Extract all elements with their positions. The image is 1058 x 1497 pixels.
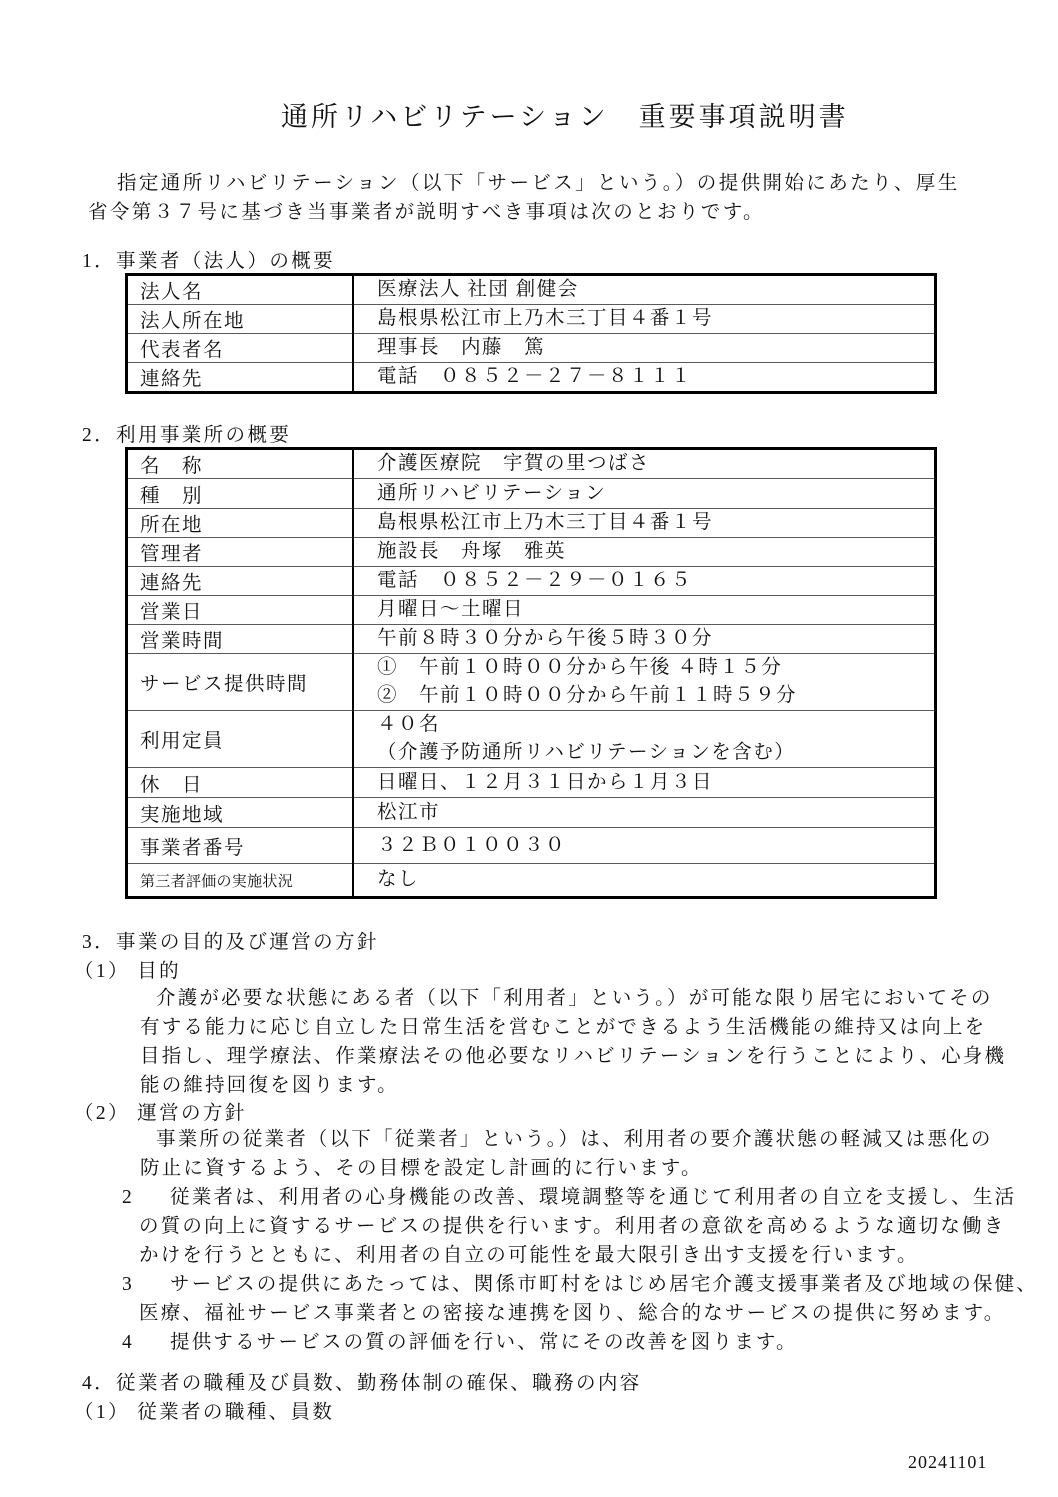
item-text: 従業者は、利用者の心身機能の改善、環境調整等を通じて利用者の自立を支援し、生活	[170, 1187, 1016, 1208]
item-text: 提供するサービスの質の評価を行い、常にその改善を図ります。	[170, 1332, 798, 1353]
text-line: 防止に資するよう、その目標を設定し計画的に行います。	[140, 1154, 1058, 1183]
value-line: 医療法人 社団 創健会	[377, 276, 934, 304]
section3-sub2-heading: （2） 運営の方針	[74, 1097, 247, 1125]
office-overview-table: 名 称介護医療院 宇賀の里つばさ種 別通所リハビリテーション所在地島根県松江市上…	[125, 447, 937, 899]
row-label: 利用定員	[127, 711, 354, 768]
row-label: 事業者番号	[127, 828, 354, 864]
text-line: 2従業者は、利用者の心身機能の改善、環境調整等を通じて利用者の自立を支援し、生活	[122, 1183, 1058, 1212]
text-line: 指定通所リハビリテーション（以下「サービス」という。）の提供開始にあたり、厚生	[88, 169, 1018, 198]
row-value: 理事長 内藤 篤	[353, 334, 936, 363]
row-value: 午前８時３０分から午後５時３０分	[353, 625, 936, 654]
text-line: 事業所の従業者（以下「従業者」という。）は、利用者の要介護状態の軽減又は悪化の	[140, 1125, 1058, 1154]
table-row: 連絡先電話 ０８５２－２７－８１１１	[127, 363, 936, 393]
value-line: ② 午前１０時００分から午前１１時５９分	[377, 682, 934, 710]
row-label: サービス提供時間	[127, 654, 354, 711]
text-line: 省令第３７号に基づき当事業者が説明すべき事項は次のとおりです。	[88, 198, 1018, 227]
row-label: 種 別	[127, 479, 354, 509]
value-line: 施設長 舟塚 雅英	[377, 538, 934, 566]
value-line: 通所リハビリテーション	[377, 480, 934, 508]
table-row: 名 称介護医療院 宇賀の里つばさ	[127, 449, 936, 479]
section2-heading: 2．利用事業所の概要	[82, 419, 291, 447]
value-line: なし	[377, 866, 934, 894]
text-line: 4提供するサービスの質の評価を行い、常にその改善を図ります。	[122, 1328, 1058, 1357]
policy-item-list: 2従業者は、利用者の心身機能の改善、環境調整等を通じて利用者の自立を支援し、生活…	[122, 1183, 1058, 1357]
row-value: 月曜日～土曜日	[353, 596, 936, 625]
row-value: 電話 ０８５２－２７－８１１１	[353, 363, 936, 393]
value-line: ３２Ｂ０１００３０	[377, 832, 934, 860]
table-row: 連絡先電話 ０８５２－２９－０１６５	[127, 567, 936, 596]
text-line: の質の向上に資するサービスの提供を行います。利用者の意欲を高めるような適切な働き	[139, 1212, 1058, 1241]
row-value: ① 午前１０時００分から午後 ４時１５分② 午前１０時００分から午前１１時５９分	[353, 654, 936, 711]
section3-sub1-heading: （1） 目的	[74, 955, 181, 983]
table-row: 第三者評価の実施状況なし	[127, 864, 936, 898]
document-page: 通所リハビリテーション 重要事項説明書 指定通所リハビリテーション（以下「サービ…	[0, 0, 1058, 1497]
table-row: 利用定員４０名（介護予防通所リハビリテーションを含む）	[127, 711, 936, 768]
text-line: 能の維持回復を図ります。	[140, 1071, 1058, 1100]
row-label: 所在地	[127, 509, 354, 538]
value-line: （介護予防通所リハビリテーションを含む）	[377, 739, 934, 767]
value-line: 松江市	[377, 799, 934, 827]
value-line: 午前８時３０分から午後５時３０分	[377, 625, 934, 653]
row-value: 島根県松江市上乃木三丁目４番１号	[353, 509, 936, 538]
text-line: 目指し、理学療法、作業療法その他必要なリハビリテーションを行うことにより、心身機	[140, 1042, 1058, 1071]
row-label: 法人名	[127, 275, 354, 305]
value-line: 月曜日～土曜日	[377, 596, 934, 624]
value-line: 電話 ０８５２－２７－８１１１	[377, 363, 934, 391]
corporation-overview-table: 法人名医療法人 社団 創健会法人所在地島根県松江市上乃木三丁目４番１号代表者名理…	[125, 273, 937, 394]
value-line: ４０名	[377, 711, 934, 739]
row-label: 名 称	[127, 449, 354, 479]
table-row: 営業時間午前８時３０分から午後５時３０分	[127, 625, 936, 654]
row-value: 日曜日、１２月３１日から１月３日	[353, 768, 936, 798]
section4-sub1-heading: （1） 従業者の職種、員数	[74, 1396, 334, 1424]
section1-heading: 1．事業者（法人）の概要	[82, 245, 335, 273]
row-label: 管理者	[127, 538, 354, 567]
value-line: ① 午前１０時００分から午後 ４時１５分	[377, 654, 934, 682]
table-row: 法人名医療法人 社団 創健会	[127, 275, 936, 305]
row-label: 実施地域	[127, 798, 354, 828]
section3-heading: 3．事業の目的及び運営の方針	[82, 926, 379, 954]
table-row: 実施地域松江市	[127, 798, 936, 828]
value-line: 介護医療院 宇賀の里つばさ	[377, 450, 934, 478]
item-number: 3	[122, 1270, 170, 1299]
row-value: 松江市	[353, 798, 936, 828]
item-number: 2	[122, 1183, 170, 1212]
row-label: 営業日	[127, 596, 354, 625]
text-line: 介護が必要な状態にある者（以下「利用者」という。）が可能な限り居宅においてその	[140, 984, 1058, 1013]
row-value: 電話 ０８５２－２９－０１６５	[353, 567, 936, 596]
item-text: サービスの提供にあたっては、関係市町村をはじめ居宅介護支援事業者及び地域の保健、	[170, 1274, 1038, 1295]
row-value: 介護医療院 宇賀の里つばさ	[353, 449, 936, 479]
value-line: 島根県松江市上乃木三丁目４番１号	[377, 305, 934, 333]
table-row: サービス提供時間① 午前１０時００分から午後 ４時１５分② 午前１０時００分から…	[127, 654, 936, 711]
table-row: 代表者名理事長 内藤 篤	[127, 334, 936, 363]
text-line: 3サービスの提供にあたっては、関係市町村をはじめ居宅介護支援事業者及び地域の保健…	[122, 1270, 1058, 1299]
row-value: 島根県松江市上乃木三丁目４番１号	[353, 305, 936, 334]
row-label: 第三者評価の実施状況	[127, 864, 354, 898]
row-label: 連絡先	[127, 567, 354, 596]
table-row: 法人所在地島根県松江市上乃木三丁目４番１号	[127, 305, 936, 334]
intro-paragraph: 指定通所リハビリテーション（以下「サービス」という。）の提供開始にあたり、厚生省…	[88, 169, 1018, 227]
purpose-paragraph: 介護が必要な状態にある者（以下「利用者」という。）が可能な限り居宅においてその有…	[140, 984, 1058, 1100]
row-label: 代表者名	[127, 334, 354, 363]
value-line: 日曜日、１２月３１日から１月３日	[377, 769, 934, 797]
table-row: 営業日月曜日～土曜日	[127, 596, 936, 625]
row-label: 営業時間	[127, 625, 354, 654]
row-value: ３２Ｂ０１００３０	[353, 828, 936, 864]
row-value: 通所リハビリテーション	[353, 479, 936, 509]
text-line: 有する能力に応じ自立した日常生活を営むことができるよう生活機能の維持又は向上を	[140, 1013, 1058, 1042]
document-title: 通所リハビリテーション 重要事項説明書	[281, 95, 849, 134]
policy-paragraph: 事業所の従業者（以下「従業者」という。）は、利用者の要介護状態の軽減又は悪化の防…	[140, 1125, 1058, 1183]
row-value: 施設長 舟塚 雅英	[353, 538, 936, 567]
row-label: 法人所在地	[127, 305, 354, 334]
value-line: 電話 ０８５２－２９－０１６５	[377, 567, 934, 595]
value-line: 島根県松江市上乃木三丁目４番１号	[377, 509, 934, 537]
row-value: 医療法人 社団 創健会	[353, 275, 936, 305]
table-row: 種 別通所リハビリテーション	[127, 479, 936, 509]
table-row: 休 日日曜日、１２月３１日から１月３日	[127, 768, 936, 798]
section4-heading: 4．従業者の職種及び員数、勤務体制の確保、職務の内容	[82, 1367, 642, 1395]
value-line: 理事長 内藤 篤	[377, 334, 934, 362]
row-value: ４０名（介護予防通所リハビリテーションを含む）	[353, 711, 936, 768]
table-row: 管理者施設長 舟塚 雅英	[127, 538, 936, 567]
text-line: 医療、福祉サービス事業者との密接な連携を図り、総合的なサービスの提供に努めます。	[139, 1299, 1058, 1328]
row-value: なし	[353, 864, 936, 898]
item-number: 4	[122, 1328, 170, 1357]
table-row: 事業者番号３２Ｂ０１００３０	[127, 828, 936, 864]
text-line: かけを行うとともに、利用者の自立の可能性を最大限引き出す支援を行います。	[139, 1241, 1058, 1270]
table-row: 所在地島根県松江市上乃木三丁目４番１号	[127, 509, 936, 538]
row-label: 連絡先	[127, 363, 354, 393]
page-date: 20241101	[908, 1452, 987, 1473]
row-label: 休 日	[127, 768, 354, 798]
